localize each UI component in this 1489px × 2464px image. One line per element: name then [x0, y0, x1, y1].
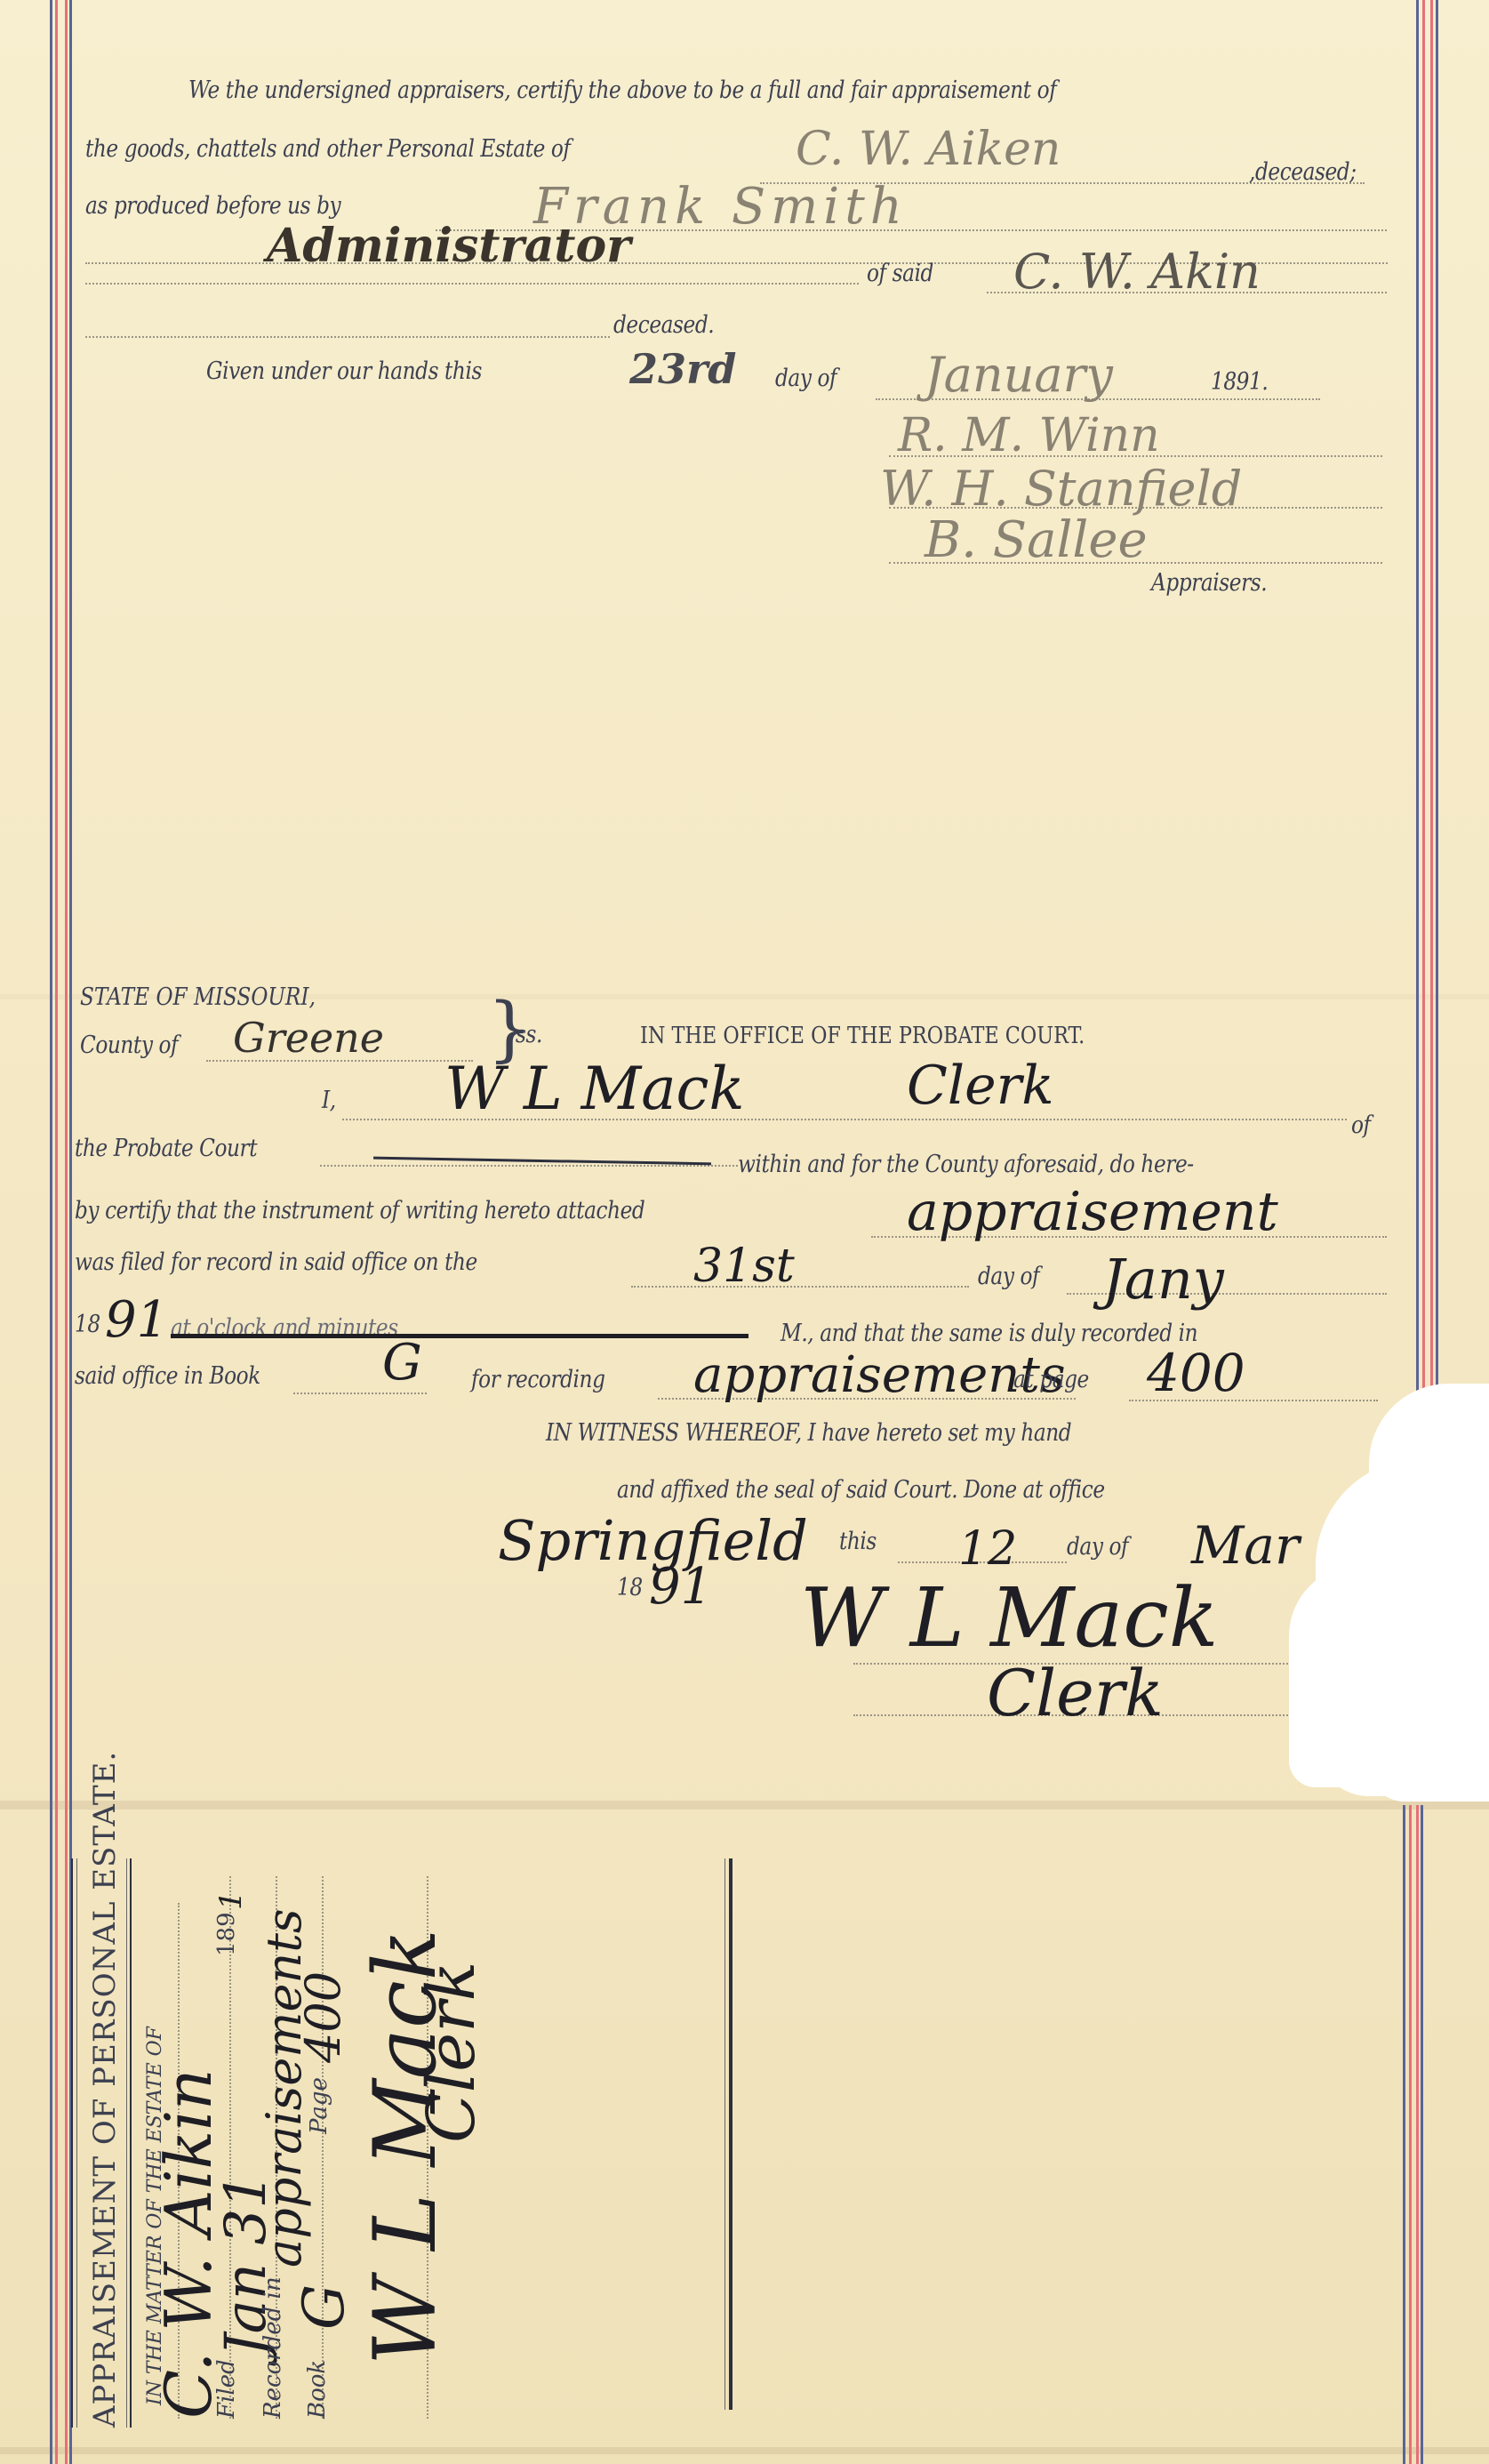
- office-heading: IN THE OFFICE OF THE PROBATE COURT.: [640, 1023, 1085, 1049]
- docket-book-label: Book: [304, 2360, 331, 2419]
- witness-line-1: IN WITNESS WHEREOF, I have hereto set my…: [546, 1419, 1071, 1447]
- clerk-name-field: W L Mack: [444, 1055, 745, 1123]
- for-recording-label: for recording: [471, 1366, 605, 1393]
- appraiser-signature-1: R. M. Winn: [898, 409, 1160, 462]
- strike-line: [373, 1157, 711, 1166]
- book-field: G: [382, 1334, 422, 1392]
- appraiser-signature-3: B. Sallee: [925, 511, 1148, 569]
- blank-line: [322, 1876, 324, 2419]
- filed-day-field: 31st: [693, 1240, 795, 1293]
- docket-signature-title: Clerk: [413, 1962, 490, 2143]
- clerk-title-field: Clerk: [907, 1055, 1054, 1117]
- done-day-of-label: day of: [1067, 1533, 1128, 1561]
- strike-line: [171, 1334, 749, 1338]
- county-label: County of: [80, 1031, 178, 1059]
- clerk-signature: W L Mack: [800, 1570, 1218, 1665]
- blank-line: [85, 336, 610, 338]
- blank-line: [320, 1165, 738, 1167]
- given-under-label: Given under our hands this: [206, 357, 482, 385]
- instrument-field: appraisement: [907, 1181, 1278, 1243]
- docket-rule: [729, 1858, 732, 2410]
- blank-line: [293, 1393, 427, 1394]
- docket-filed-year-hand: 1: [213, 1890, 249, 1910]
- deceased-label: ,deceased;: [1249, 158, 1357, 186]
- docket-rule: [71, 1858, 73, 2428]
- within-label: within and for the County aforesaid, do …: [738, 1151, 1194, 1178]
- given-month-field: January: [925, 347, 1113, 403]
- of-said-label: of said: [867, 260, 933, 287]
- done-day-field: 12: [958, 1522, 1017, 1576]
- fold-line: [0, 1801, 1489, 1810]
- done-month-field: Mar: [1191, 1515, 1300, 1576]
- docket-rule: [76, 1858, 77, 2428]
- docket-filed-year: 189: [213, 1912, 240, 1956]
- ss-label: ss.: [516, 1021, 542, 1048]
- county-field: Greene: [233, 1014, 384, 1062]
- state-heading: STATE OF MISSOURI,: [80, 983, 316, 1011]
- docket-rule: [724, 1858, 725, 2410]
- docket-rule: [126, 1858, 127, 2428]
- docket-filed-label: Filed: [213, 2359, 240, 2419]
- page-field: 400: [1147, 1343, 1245, 1403]
- blank-line: [85, 283, 859, 285]
- i-label: I,: [322, 1087, 336, 1114]
- duly-recorded-label: M., and that the same is duly recorded i…: [781, 1320, 1197, 1347]
- filed-day-of-label: day of: [978, 1263, 1039, 1290]
- done-year-field: 91: [649, 1558, 712, 1616]
- given-year: 1891.: [1211, 368, 1268, 396]
- book-label: said office in Book: [75, 1362, 260, 1390]
- deceased-line: deceased.: [613, 311, 714, 339]
- right-border: [1416, 0, 1437, 1396]
- appraisers-label: Appraisers.: [1151, 569, 1267, 597]
- blank-line: [631, 1286, 969, 1288]
- probate-court-label: the Probate Court: [75, 1135, 257, 1162]
- docket-book: G: [292, 2284, 357, 2330]
- filed-year-field: 91: [105, 1291, 168, 1349]
- said-name-field: C. W. Akin: [1013, 244, 1261, 300]
- certificate-line-1: We the undersigned appraisers, certify t…: [188, 76, 1056, 104]
- year-prefix: 18: [75, 1311, 100, 1338]
- done-year-prefix: 18: [617, 1574, 643, 1601]
- given-day-field: 23rd: [629, 345, 736, 393]
- document-page: We the undersigned appraisers, certify t…: [0, 0, 1489, 2464]
- docket-recorded-in: appraisements: [256, 1908, 312, 2267]
- estate-name-field: C. W. Aiken: [796, 123, 1061, 176]
- of-label: of: [1351, 1112, 1371, 1139]
- certify-label: by certify that the instrument of writin…: [75, 1197, 644, 1224]
- docket-rule: [130, 1858, 132, 2428]
- fold-line: [0, 2447, 1489, 2454]
- at-page-label: at page: [1013, 1366, 1089, 1393]
- day-of-label: day of: [775, 365, 837, 392]
- certificate-line-2: the goods, chattels and other Personal E…: [85, 135, 571, 163]
- witness-line-2: and affixed the seal of said Court. Done…: [617, 1476, 1105, 1504]
- recording-type-field: appraisements: [693, 1346, 1066, 1404]
- docket-panel: APPRAISEMENT OF PERSONAL ESTATE. IN THE …: [62, 1850, 756, 2436]
- torn-paper-area: [1289, 1565, 1360, 1787]
- docket-page: 400: [295, 1971, 351, 2063]
- docket-page-label: Page: [306, 2077, 332, 2134]
- clerk-signature-title: Clerk: [987, 1656, 1164, 1730]
- role-field: Administrator: [267, 219, 631, 273]
- docket-title: APPRAISEMENT OF PERSONAL ESTATE.: [87, 1751, 123, 2428]
- docket-recorded-label: Recorded in: [260, 2276, 286, 2419]
- filed-month-field: Jany: [1102, 1247, 1224, 1312]
- right-border-lower: [1403, 1805, 1424, 2464]
- this-label: this: [839, 1528, 877, 1555]
- produced-by-label: as produced before us by: [85, 192, 340, 220]
- filed-label: was filed for record in said office on t…: [75, 1248, 477, 1276]
- appraiser-signature-2: W. H. Stanfield: [880, 461, 1242, 517]
